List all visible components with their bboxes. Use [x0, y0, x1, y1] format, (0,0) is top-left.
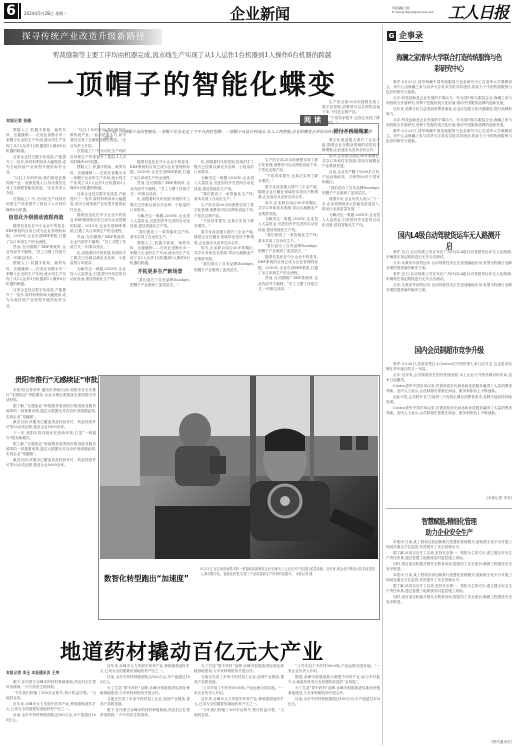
- sidebar-tag-label: 企事录: [399, 30, 423, 42]
- paragraph: 当地还引进了多家中药材加工企业,延伸产业链条,提高产品附加值。: [194, 675, 284, 685]
- section-title: 企业新闻: [210, 3, 310, 24]
- column-divider: [382, 25, 383, 745]
- feature-column-3: 为了打造“蒙中药材”品牌,赤峰市积极推进标准化种植基地建设,与多家科研院所开展合…: [194, 664, 284, 746]
- paragraph: 这家企业经过数字化改造,产能提升了一倍多,原材料利用率大幅提高,成为当地传统产业…: [6, 155, 66, 176]
- paragraph: 为解决这一难题,2018年,企业投入大量资金,引进国内外先进的自动化设备,建设智…: [194, 176, 254, 192]
- sidebar-item-headline: 国内L4级自动驾驶货运车无人路测开启: [395, 230, 502, 252]
- article-column-4: 化,但随着时代的发展,传统的手工模式已经难以满足多品种、小批量的订单需求。 为解…: [194, 160, 254, 370]
- paragraph: 为解决这一难题,2018年,企业投入大量资金,引进国内外先进的自动化设备,建设智…: [70, 267, 126, 283]
- paragraph: 化,但随着时代的发展,传统的手工模式已经难以满足多品种、小批量的订单需求。: [130, 197, 190, 213]
- paragraph: “我们创办了自有品牌Doodays,把帽子产业做到了更高层次。”: [194, 262, 254, 272]
- paragraph: 如今,企业联合周边30多家帽企,共享订单和技术资源,带动当地帽业产业集群发展。: [194, 246, 254, 262]
- paragraph: “以往十年的时间,我们都是在做传统产业,一直都是靠人力,如今我们完成了全流程智能…: [6, 176, 66, 197]
- sidebar-item-body: 本报讯 日前,某工程项目部创新推行智慧化管理模式,借助数字化平台对施工现场实施全…: [386, 540, 512, 740]
- article-subhead: 同行不再是冤家: [322, 130, 380, 135]
- article-headline: 一顶帽子的智能化蝶变: [4, 63, 380, 102]
- paragraph: 然而,在初期推广ERP系统时,企业内部并不顺利。“员工习惯了传统方式,一时难以适…: [258, 276, 318, 292]
- newspaper-masthead: 工人日报: [448, 0, 508, 23]
- paragraph: 截至目前,该服务已覆盖食品经营许可、药品经营许可等20余类证照,惠及企业5000…: [6, 458, 96, 468]
- paragraph: 点评:科技创新是企业发展的不竭动力。作为国内知名服装企业,海澜之家与高校联合开展…: [386, 118, 512, 128]
- paragraph: 事件:近日,自动驾驶公司宣布在广州开启L4级自动驾驶货运车无人化路测,车辆将在指…: [386, 272, 512, 282]
- paragraph: Costco进军中国市场以来,凭借高性价比商品和优质服务赢得了大量消费者青睐。业…: [386, 406, 512, 416]
- paragraph: “不但效率提升,还真正实现了降本增效。”: [194, 219, 254, 229]
- brief-body: 本报讯(记者李华 通讯员李晓)日前,贵阳市在全市推行“无感续证”审批服务,企业办…: [6, 388, 96, 588]
- page-number: 6: [4, 3, 18, 19]
- paragraph: 事件:5月23日,清华海澜中国传统服饰与色彩研究中心在清华大学揭牌成立。该中心由…: [386, 80, 512, 96]
- paragraph: 生产的全部20余项流程实现了数字化管理,消费者可以从网络直接下单,个性化定制产品…: [258, 158, 318, 174]
- paragraph: 据了解,“无感续证”审批服务是贵阳市推进政务服务改革的一项重要举措,通过大数据比…: [6, 442, 96, 458]
- sidebar-item-headline: 智慧赋能,精细化管理: [395, 516, 502, 527]
- paragraph: 展望未来,企业负责人表示,“下一步,企业将继续加大智能化改造投入,推动行业高质量…: [322, 197, 380, 213]
- sidebar-item-headline: 海澜之家清华大学联合打造传统服饰与色彩研究中心: [395, 52, 502, 74]
- paragraph: “今年我们种植了300多亩黄芩,预计收益可观。”当地药农说。: [6, 691, 96, 701]
- paragraph: 点评:近年来,会员制超市在国内快速发展,本土企业与外资品牌纷纷布局,竞争日趋激烈…: [386, 373, 512, 383]
- photo-caption-title: 数智化转型跑出“加速度”: [104, 573, 189, 584]
- sidebar-item-headline-line2: 助力企业安全生产: [395, 527, 502, 538]
- paragraph: 如今,企业联合周边30多家帽企,共享订单和技术资源,带动当地帽业产业集群发展。: [258, 201, 318, 217]
- paragraph: 为解决这一难题,2018年,企业投入大量资金,引进国内外先进的自动化设备,建设智…: [130, 214, 190, 230]
- paragraph: 同时,项目部还积极开展安全教育培训,提高员工安全意识,确保工程建设安全有序推进。: [386, 595, 512, 605]
- paragraph: “不但效率提升,还真正实现了降本增效。”: [322, 116, 380, 126]
- paragraph: 数字化改造极大提升了企业产能,随着企业在帽业领域的话语权不断增强,企业逐步从竞争…: [322, 138, 380, 154]
- photo-caption: 5月22日,在江西省南昌市的一家智能装备制造企业车间内,工人正在对产品进行质量检…: [200, 567, 375, 577]
- paragraph: 点评:科技创新是企业发展的不竭动力。作为国内知名服装企业,海澜之家与高校联合开展…: [386, 96, 512, 106]
- paragraph: “不但效率提升,还真正实现了降本增效。”: [258, 174, 318, 184]
- sidebar-item-credit: (特约通讯员): [386, 740, 512, 745]
- paragraph: 摆脱人工,机器手抓取、裁剪布料、压缝缝制……在河北省衡水市一家帽子企业的生产车间…: [70, 165, 126, 191]
- paragraph: 近年来,品牌文化日益受到消费者重视,企业应加强文化内涵建设,提升品牌影响力。: [386, 107, 512, 117]
- paragraph: 眼下,在内蒙古赤峰市的药材种植基地,药农们正忙着育苗移栽,一片片药田生机勃勃。: [100, 708, 190, 718]
- paragraph: “我们创办了自有品牌Doodays,把帽子产业做到了更高层次。”: [322, 186, 380, 196]
- paragraph: 摆脱人工,机器手抓取、裁剪布料、压缝缝制……在河北省衡水市一家帽子企业的生产车间…: [6, 128, 66, 154]
- photo-credit: 本报记者 摄: [295, 572, 312, 576]
- topic-banner: 探寻传统产业改造升级新路径: [4, 29, 162, 45]
- paragraph: 点评:从乘用车到货运车,自动驾驶技术正在加速落地应用,有望为物流行业降本增效提供…: [386, 261, 512, 271]
- paragraph: 如今,企业联合周边30多家帽企,共享订单和技术资源,带动当地帽业产业集群发展。: [322, 154, 380, 170]
- feature-column-2: 近年来,赤峰市大力发展中药材产业,种植面积逐年扩大,已成为全国重要的道地药材产区…: [100, 664, 190, 746]
- paragraph: 为了打造“蒙中药材”品牌,赤峰市积极推进标准化种植基地建设,与多家科研院所开展合…: [100, 686, 190, 696]
- sidebar-item-body: 事件:5月26日,美国零售巨头Costco在中国的第七家门店开业,这也是该品牌在…: [386, 362, 512, 492]
- paragraph: 这家企业经过数字化改造,产能提升了一倍多,原材料利用率大幅提高,成为当地传统产业…: [6, 288, 66, 309]
- paragraph: 为解决这一难题,2018年,企业投入大量资金,引进国内外先进的自动化设备,建设智…: [258, 217, 318, 233]
- article-byline: 本报记者 张皓: [6, 118, 31, 124]
- paragraph: 目前,全市中药材种植面积达100万亩,年产值超过100亿元。: [100, 675, 190, 685]
- article-column-2: “以往十年的时间,我们都是在做传统产业,一直都是靠人力,如今我们完成了全流程智能…: [70, 128, 126, 368]
- paragraph: “今年我们种植了300多亩黄芩,预计收益可观。”当地药农说。: [194, 708, 284, 718]
- paragraph: 近年来,赤峰市大力发展中药材产业,种植面积逐年扩大,已成为全国重要的道地药材产区…: [6, 702, 96, 712]
- paragraph: 据了解,该项目自开工以来,坚持安全第一、预防为主的方针,建立健全安全生产责任体系…: [386, 551, 512, 561]
- paragraph: “公司年加工中药材5000吨,产品远销全国各地。”一家企业负责人介绍。: [194, 686, 284, 696]
- sidebar-item-body: 事件:5月23日,清华海澜中国传统服饰与色彩研究中心在清华大学揭牌成立。该中心由…: [386, 80, 512, 205]
- paragraph: 近年来,赤峰市大力发展中药材产业,种植面积逐年扩大,已成为全国重要的道地药材产区…: [100, 664, 190, 674]
- header-divider: [4, 22, 511, 23]
- paragraph: 然而,在初期推广ERP系统时,企业内部并不顺利。“员工习惯了传统方式,一时难以适…: [6, 245, 66, 261]
- paragraph: 点评:从乘用车到货运车,自动驾驶技术正在加速落地应用,有望为物流行业降本增效提供…: [386, 283, 512, 293]
- paragraph: 下一步,贵阳市将持续优化营商环境,打造“一网通办”服务新模式。: [6, 431, 96, 441]
- paragraph: 化,但随着时代的发展,传统的手工模式已经难以满足多品种、小批量的订单需求。: [194, 160, 254, 176]
- feature-byline: 本报记者 李玉 本报通讯员 王坤: [6, 670, 59, 676]
- caption-text: 5月22日,在江西省南昌市的一家智能装备制造企业车间内,工人正在对产品进行质量检…: [200, 567, 375, 576]
- paragraph: 事件:5月23日,清华海澜中国传统服饰与色彩研究中心在清华大学揭牌成立。该中心由…: [386, 129, 512, 145]
- paragraph: 随着信息化在中小企业中的普及,ERP系统的应用已成为企业管理的标配。2019年,…: [6, 224, 66, 245]
- paragraph: 摆脱人工,机器手抓取、裁剪布料、压缝缝制……在河北省衡水市一家帽子企业的生产车间…: [6, 261, 66, 287]
- paragraph: 摆脱人工,机器手抓取、裁剪布料、压缝缝制……在河北省衡水市一家帽子企业的生产车间…: [130, 241, 190, 267]
- paragraph: 随着信息化在中小企业中的普及,ERP系统的应用已成为企业管理的标配。2019年,…: [258, 255, 318, 276]
- feature-column-4: “公司年加工中药材5000吨,产品远销全国各地。”一家企业负责人介绍。 据悉,赤…: [288, 664, 380, 746]
- paragraph: 本报讯 日前,某工程项目部创新推行智慧化管理模式,借助数字化平台对施工现场实施全…: [386, 573, 512, 583]
- paragraph: 本报讯 日前,某工程项目部创新推行智慧化管理模式,借助数字化平台对施工现场实施全…: [386, 540, 512, 550]
- article-subhead: 开拓更多生产新场景: [130, 270, 190, 275]
- paragraph: 据了解,“无感续证”审批服务是贵阳市推进政务服务改革的一项重要举措,通过大数据比…: [6, 404, 96, 420]
- article-kicker: 剪裁缝制等主要工序均由机器完成,流水线生产实现了从1人运作1台机器到1人操作6台…: [4, 50, 380, 59]
- paragraph: 这家企业经过数字化改造,产能提升了一倍多,原材料利用率大幅提高,成为当地传统产业…: [70, 192, 126, 213]
- paragraph: 然而,在初期推广ERP系统时,企业内部并不顺利。“员工习惯了传统方式,一时难以适…: [70, 235, 126, 251]
- article-column-3: 随着信息化在中小企业中的普及,ERP系统的应用已成为企业管理的标配。2019年,…: [130, 160, 190, 370]
- paragraph: 眼下,在内蒙古赤峰市的药材种植基地,药农们正忙着育苗移栽,一片片药田生机勃勃。: [6, 680, 96, 690]
- feature-column-1: 眼下,在内蒙古赤峰市的药材种植基地,药农们正忙着育苗移栽,一片片药田生机勃勃。 …: [6, 680, 96, 746]
- photo-illustration: [100, 376, 378, 559]
- paragraph: 据了解,该项目自开工以来,坚持安全第一、预防为主的方针,建立健全安全生产责任体系…: [386, 584, 512, 594]
- paragraph: 目前,企业年产帽子1000多万顶,产品远销欧美、日韩等50多个国家和地区。: [322, 170, 380, 186]
- paragraph: 为了打造“蒙中药材”品牌,赤峰市积极推进标准化种植基地建设,与多家科研院所开展合…: [288, 686, 380, 696]
- paragraph: 为解决这一难题,2018年,企业投入大量资金,引进国内外先进的自动化设备,建设智…: [322, 213, 380, 229]
- feature-headline: 地道药材撬动百亿元大产业: [4, 636, 380, 666]
- page-number-bar: [19, 3, 21, 19]
- article-column-5: 生产的全部20余项流程实现了数字化管理,消费者可以从网络直接下单,个性化定制产品…: [258, 100, 318, 370]
- sidebar-divider: [386, 508, 512, 509]
- paragraph: 化,但随着时代的发展,传统的手工模式已经难以满足多品种、小批量的订单需求。: [70, 251, 126, 267]
- paragraph: 为了打造“蒙中药材”品牌,赤峰市积极推进标准化种植基地建设,与多家科研院所开展合…: [194, 664, 284, 674]
- paragraph: 事件:5月26日,美国零售巨头Costco在中国的第七家门店开业,这也是该品牌在…: [386, 362, 512, 372]
- paragraph: “我们建设了一条智能化生产线,基本实现了自动化生产。”: [130, 230, 190, 240]
- editor-info: 责任编辑:王娇 E-mail:grrbqiye@vip.sina.com: [392, 6, 434, 14]
- paragraph: 由此可见,会员制并非“万能药”,只有真正满足消费者需求,品牌才能获得持续发展。: [386, 395, 512, 405]
- paragraph: “我们建设了一条智能化生产线,基本实现了自动化生产。”: [258, 233, 318, 243]
- paragraph: 事件:近日,自动驾驶公司宣布在广州开启L4级自动驾驶货运车无人化路测,车辆将在指…: [386, 250, 512, 260]
- factory-worker-photo: [100, 376, 378, 559]
- paragraph: 数字化改造极大提升了企业产能,随着企业在帽业领域的话语权不断增强,企业逐步从竞争…: [194, 230, 254, 246]
- sidebar-tag-icon: G: [387, 31, 396, 41]
- article-column-6: 生产的全部20余项流程实现了数字化管理,消费者可以从网络直接下单,个性化定制产品…: [322, 100, 380, 370]
- paragraph: 生产的全部20余项流程实现了数字化管理,消费者可以从网络直接下单,个性化定制产品…: [194, 203, 254, 219]
- paragraph: “我们创办了自有品牌Doodays,把帽子产业做到了更高层次。”: [130, 278, 190, 288]
- sidebar-item-credit: (本报记者 李亮): [386, 496, 512, 501]
- article-subhead: 信息化升级推动流程再造: [6, 216, 66, 221]
- paragraph: 生产的全部20余项流程实现了数字化管理,消费者可以从网络直接下单,个性化定制产品…: [322, 100, 380, 116]
- article-column-1: 摆脱人工,机器手抓取、裁剪布料、压缝缝制……在河北省衡水市一家帽子企业的生产车间…: [6, 128, 66, 368]
- paragraph: 当地还引进了多家中药材加工企业,延伸产业链条,提高产品附加值。: [100, 697, 190, 707]
- paragraph: 本报讯(记者李华 通讯员李晓)日前,贵阳市在全市推行“无感续证”审批服务,企业办…: [6, 388, 96, 404]
- paragraph: 目前,全市中药材种植面积达100万亩,年产值超过100亿元。: [6, 713, 96, 723]
- paragraph: Costco进军中国市场以来,凭借高性价比商品和优质服务赢得了大量消费者青睐。业…: [386, 384, 512, 394]
- paragraph: 目前,全市中药材种植面积达100万亩,年产值超过100亿元。: [288, 697, 380, 707]
- paragraph: 近年来,赤峰市大力发展中药材产业,种植面积逐年扩大,已成为全国重要的道地药材产区…: [194, 697, 284, 707]
- paragraph: 同时,项目部还积极开展安全教育培训,提高员工安全意识,确保工程建设安全有序推进。: [386, 562, 512, 572]
- paragraph: 据悉,赤峰市将继续做大做强中药材产业,助力乡村振兴,让地道药材成为农民增收致富的…: [288, 675, 380, 685]
- sidebar-item-body: 事件:近日,自动驾驶公司宣布在广州开启L4级自动驾驶货运车无人化路测,车辆将在指…: [386, 250, 512, 340]
- paragraph: 然而,在初期推广ERP系统时,企业内部并不顺利。“员工习惯了传统方式,一时难以适…: [130, 181, 190, 197]
- paragraph: 在智能工厂中,自动化生产线的应用使生产效率提升了数倍,1人可同时操作6台机器。: [6, 197, 66, 213]
- editor-email: E-mail:grrbqiye@vip.sina.com: [392, 10, 434, 14]
- paragraph: 数字化改造极大提升了企业产能,随着企业在帽业领域的话语权不断增强,企业逐步从竞争…: [258, 185, 318, 201]
- sidebar-item-headline: 国内会员制超市竞争升级: [395, 345, 502, 356]
- paragraph: 随着信息化在中小企业中的普及,ERP系统的应用已成为企业管理的标配。2019年,…: [70, 213, 126, 234]
- paragraph: 随着信息化在中小企业中的普及,ERP系统的应用已成为企业管理的标配。2019年,…: [130, 160, 190, 181]
- issue-date: 2024年5月28日 星期二: [24, 11, 67, 17]
- paragraph: “我们创办了自有品牌Doodays,把帽子产业做到了更高层次。”: [258, 244, 318, 254]
- paragraph: “公司年加工中药材5000吨,产品远销全国各地。”一家企业负责人介绍。: [288, 664, 380, 674]
- paragraph: “我们建设了一条智能化生产线,基本实现了自动化生产。”: [194, 192, 254, 202]
- paragraph: 截至目前,该服务已覆盖食品经营许可、药品经营许可等20余类证照,惠及企业5000…: [6, 420, 96, 430]
